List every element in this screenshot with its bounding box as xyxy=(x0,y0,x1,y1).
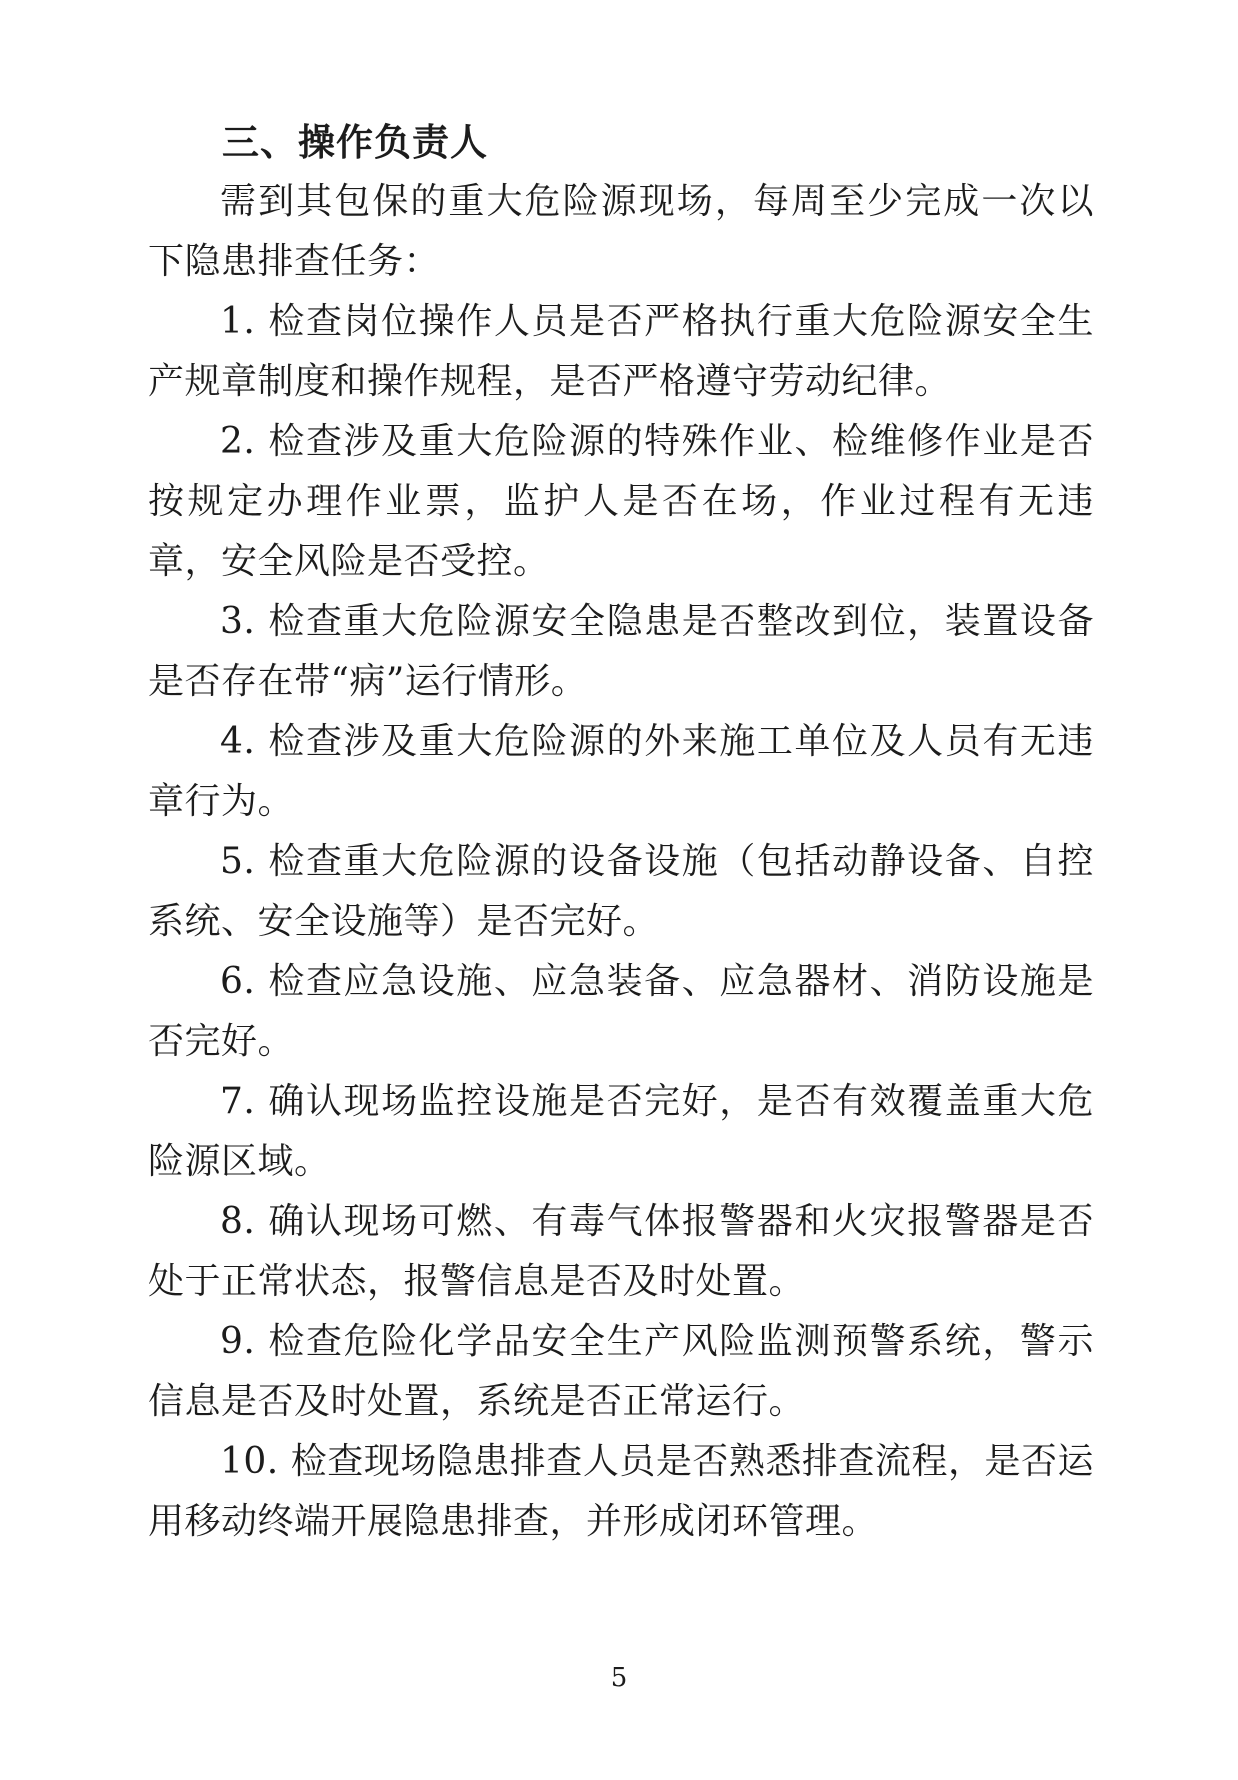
list-item-1: 1. 检查岗位操作人员是否严格执行重大危险源安全生产规章制度和操作规程，是否严格… xyxy=(148,292,1094,412)
list-item-4: 4. 检查涉及重大危险源的外来施工单位及人员有无违章行为。 xyxy=(148,712,1094,832)
list-item-7: 7. 确认现场监控设施是否完好，是否有效覆盖重大危险源区域。 xyxy=(148,1072,1094,1192)
section-heading: 三、操作负责人 xyxy=(148,112,1094,172)
list-item-2: 2. 检查涉及重大危险源的特殊作业、检维修作业是否按规定办理作业票，监护人是否在… xyxy=(148,412,1094,592)
list-item-5: 5. 检查重大危险源的设备设施（包括动静设备、自控系统、安全设施等）是否完好。 xyxy=(148,832,1094,952)
list-item-10: 10. 检查现场隐患排查人员是否熟悉排查流程，是否运用移动终端开展隐患排查，并形… xyxy=(148,1432,1094,1552)
list-item-6: 6. 检查应急设施、应急装备、应急器材、消防设施是否完好。 xyxy=(148,952,1094,1072)
intro-paragraph: 需到其包保的重大危险源现场，每周至少完成一次以下隐患排查任务： xyxy=(148,172,1094,292)
document-body: 三、操作负责人 需到其包保的重大危险源现场，每周至少完成一次以下隐患排查任务： … xyxy=(148,112,1094,1552)
document-page: 三、操作负责人 需到其包保的重大危险源现场，每周至少完成一次以下隐患排查任务： … xyxy=(0,0,1238,1780)
list-item-3: 3. 检查重大危险源安全隐患是否整改到位，装置设备是否存在带“病”运行情形。 xyxy=(148,592,1094,712)
page-number: 5 xyxy=(0,1662,1238,1694)
list-item-8: 8. 确认现场可燃、有毒气体报警器和火灾报警器是否处于正常状态，报警信息是否及时… xyxy=(148,1192,1094,1312)
list-item-9: 9. 检查危险化学品安全生产风险监测预警系统，警示信息是否及时处置，系统是否正常… xyxy=(148,1312,1094,1432)
